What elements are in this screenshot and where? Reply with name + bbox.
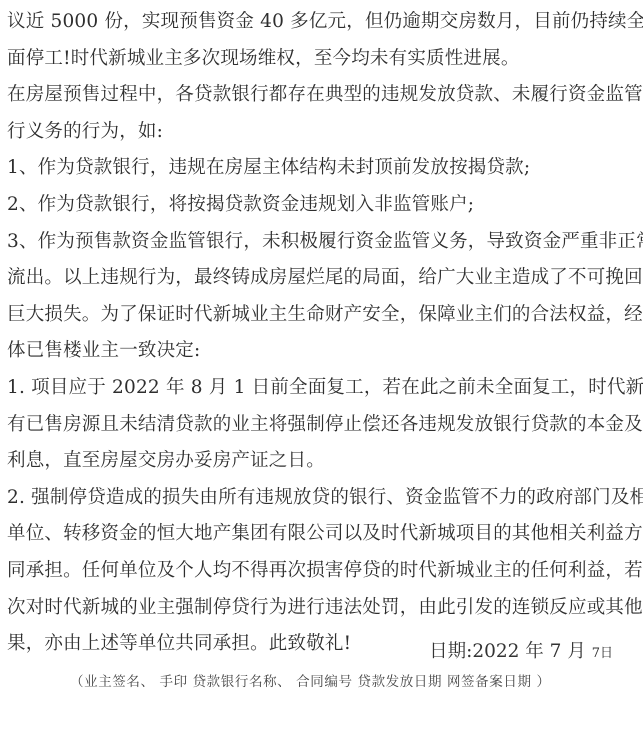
text-line: 体已售楼业主一致决定: — [7, 333, 637, 370]
text-line: 2. 强制停贷造成的损失由所有违规放贷的银行、资金监管不力的政府部门及相关 — [7, 480, 637, 517]
text-line: 1. 项目应于 2022 年 8 月 1 日前全面复工，若在此之前未全面复工，时… — [7, 370, 637, 407]
text-line: 同承担。任何单位及个人均不得再次损害停贷的时代新城业主的任何利益，若再 — [7, 553, 637, 590]
text-line: 在房屋预售过程中，各贷款银行都存在典型的违规发放贷款、未履行资金监管银 — [7, 77, 637, 114]
text-line: 3、作为预售款资金监管银行，未积极履行资金监管义务，导致资金严重非正常 — [7, 224, 637, 261]
text-line: 1、作为贷款银行，违规在房屋主体结构未封顶前发放按揭贷款; — [7, 150, 637, 187]
text-line: 利息，直至房屋交房办妥房产证之日。 — [7, 443, 637, 480]
text-line: 面停工!时代新城业主多次现场维权，至今均未有实质性进展。 — [7, 41, 637, 78]
document-body: 议近 5000 份，实现预售资金 40 多亿元，但仍逾期交房数月，目前仍持续全 … — [7, 4, 637, 663]
text-line: 行义务的行为，如: — [7, 114, 637, 151]
date-day: 7日 — [592, 646, 613, 661]
text-line: 有已售房源且未结清贷款的业主将强制停止偿还各违规发放银行贷款的本金及 — [7, 407, 637, 444]
date-label: 日期:2022 年 7 月 — [429, 641, 592, 662]
text-line: 流出。以上违规行为，最终铸成房屋烂尾的局面，给广大业主造成了不可挽回的 — [7, 260, 637, 297]
text-line: 单位、转移资金的恒大地产集团有限公司以及时代新城项目的其他相关利益方共 — [7, 516, 637, 553]
text-line: 议近 5000 份，实现预售资金 40 多亿元，但仍逾期交房数月，目前仍持续全 — [7, 4, 637, 41]
text-line: 巨大损失。为了保证时代新城业主生命财产安全，保障业主们的合法权益，经全 — [7, 297, 637, 334]
document-date: 日期:2022 年 7 月 7日 — [429, 637, 613, 663]
signature-note: （业主签名、 手印 贷款银行名称、 合同编号 贷款发放日期 网签备案日期 ） — [70, 670, 551, 690]
text-line: 次对时代新城的业主强制停贷行为进行违法处罚，由此引发的连锁反应或其他后 — [7, 590, 637, 627]
text-line: 2、作为贷款银行，将按揭贷款资金违规划入非监管账户; — [7, 187, 637, 224]
